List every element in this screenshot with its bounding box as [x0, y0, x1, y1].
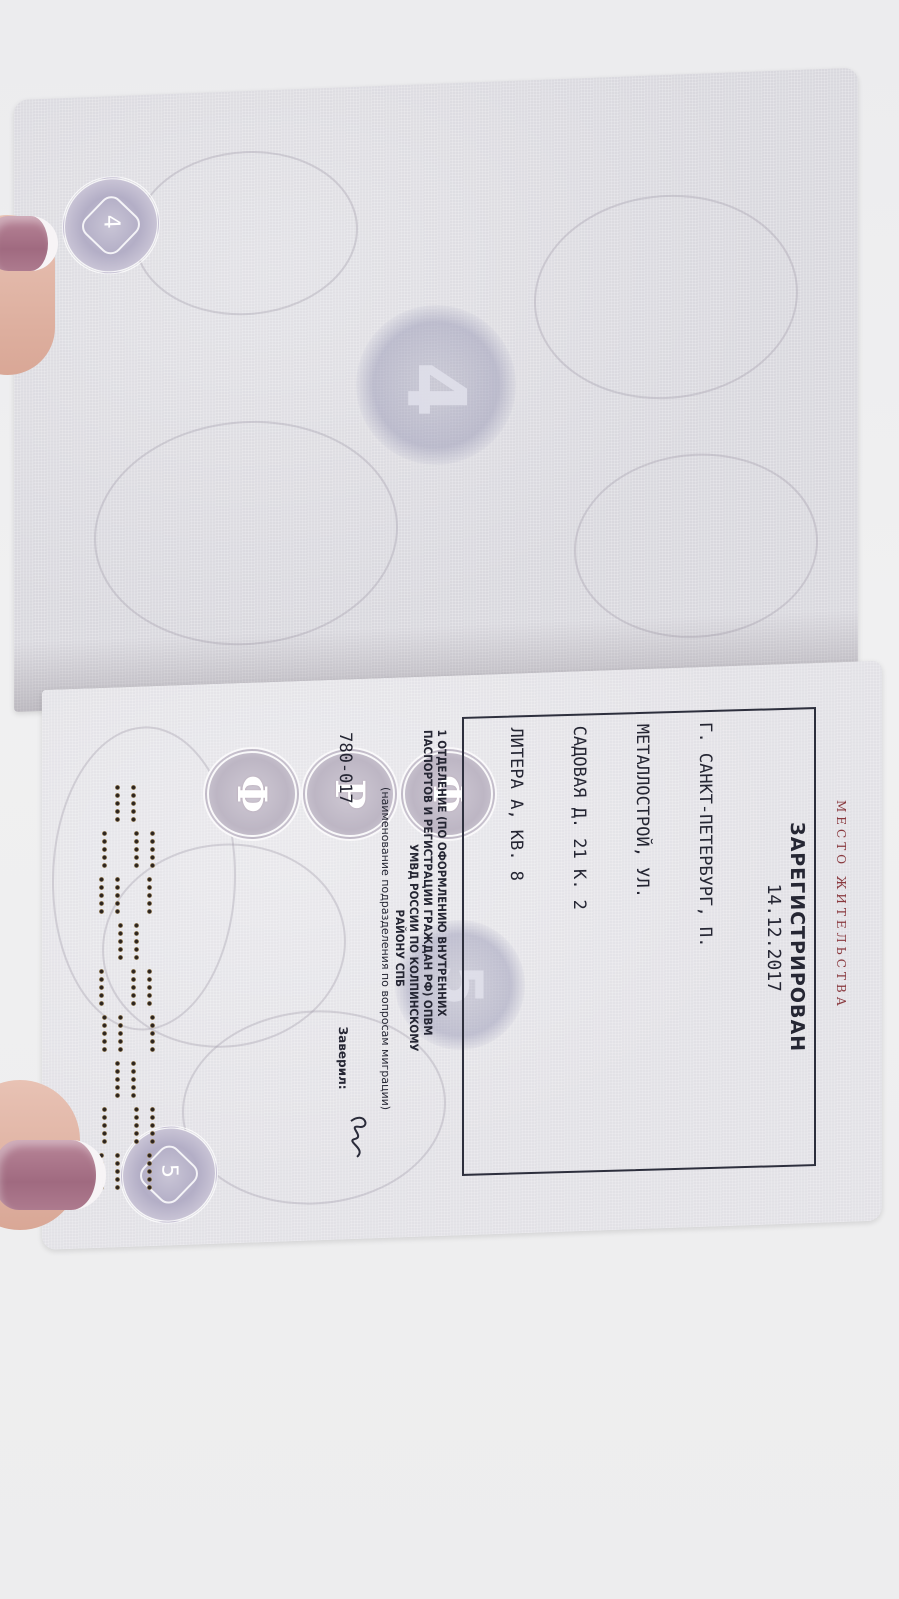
issuing-department: 1 отделение (по оформлению внутренних па…	[393, 729, 449, 1166]
registration-date: 14.12.2017	[763, 720, 784, 1156]
department-caption: (наименование подразделения по вопросам …	[379, 731, 391, 1166]
department-line: 1 отделение (по оформлению внутренних	[435, 729, 449, 1164]
page-number-glyph: 4	[99, 175, 124, 268]
department-code: 780-017	[335, 732, 355, 804]
page-header: МЕСТО ЖИТЕЛЬСТВА	[818, 800, 848, 1100]
address-line: г. Санкт-Петербург, п.	[694, 722, 715, 1158]
watermark-digit: 4	[390, 310, 483, 470]
serial-number-perforation	[95, 785, 165, 1205]
security-pattern	[574, 449, 818, 642]
address-line: Металлострой, ул.	[631, 724, 652, 1160]
security-pattern	[94, 415, 398, 651]
address: г. Санкт-Петербург, п. Металлострой, ул.…	[463, 721, 757, 1164]
fingernail	[0, 216, 58, 271]
department-line: УМВД России по Колпинскому	[407, 730, 421, 1165]
address-line: Садовая д. 21 к. 2	[568, 725, 589, 1161]
fingernail	[0, 1140, 106, 1210]
security-pattern	[534, 190, 798, 404]
department-line: району СПб	[393, 730, 407, 1165]
security-pattern	[134, 147, 358, 320]
registration-stamp: ЗАРЕГИСТРИРОВАН 14.12.2017 г. Санкт-Пете…	[462, 707, 816, 1176]
stamp-title: ЗАРЕГИСТРИРОВАН	[786, 719, 808, 1155]
certified-label: Заверил:	[336, 1026, 350, 1089]
signature	[339, 1106, 373, 1167]
page-number-watermark: 4	[356, 305, 516, 465]
watermark-letter: Ф	[203, 747, 301, 841]
address-line: Литера А, кв. 8	[505, 727, 526, 1163]
department-line: паспортов и регистрации граждан РФ) ОПВМ	[421, 730, 435, 1165]
